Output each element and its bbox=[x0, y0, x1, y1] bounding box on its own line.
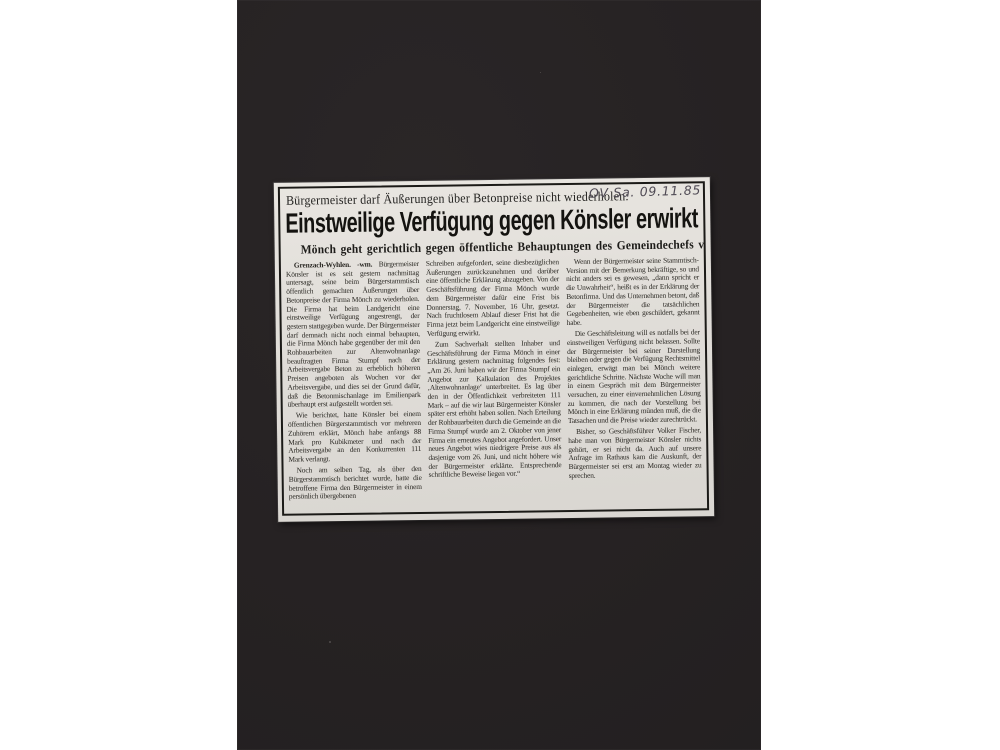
article-paragraph: Bisher, so Geschäftsführer Volker Fische… bbox=[568, 427, 702, 481]
article-column-1: Grenzach-Wyhlen. -wm. Bürgermeister Köns… bbox=[286, 260, 422, 502]
article-paragraph: Zum Sachverhalt stellten Inhaber und Ges… bbox=[427, 339, 562, 480]
article-paragraph: Grenzach-Wyhlen. -wm. Bürgermeister Köns… bbox=[286, 260, 421, 410]
article-column-2: Schreiben aufgefordert, seine diesbezügl… bbox=[426, 258, 562, 500]
dust-speck bbox=[540, 72, 541, 73]
article-paragraph: Noch am selben Tag, als über den Bürgers… bbox=[289, 465, 422, 502]
article-paragraph: Die Geschäftsleitung will es notfalls be… bbox=[567, 328, 701, 425]
headline-row: Einstweilige Verfügung gegen Könsler erw… bbox=[284, 203, 699, 239]
newspaper-clipping: Bürgermeister darf Äußerungen über Beton… bbox=[274, 177, 714, 522]
article-paragraph: Schreiben aufgefordert, seine diesbezügl… bbox=[426, 258, 560, 338]
dateline: Grenzach-Wyhlen. -wm. bbox=[294, 260, 379, 270]
article-paragraph: Wie berichtet, hatte Könsler bei einem ö… bbox=[288, 410, 422, 464]
article-paragraph: Wenn der Bürgermeister seine Stammtisch-… bbox=[566, 256, 700, 327]
dust-speck bbox=[329, 641, 331, 643]
article-column-3: Wenn der Bürgermeister seine Stammtisch-… bbox=[566, 256, 702, 498]
subhead: Mönch geht gerichtlich gegen öffentliche… bbox=[301, 237, 710, 257]
album-page: Bürgermeister darf Äußerungen über Beton… bbox=[237, 0, 761, 750]
article-border-frame: Bürgermeister darf Äußerungen über Beton… bbox=[278, 181, 709, 516]
article-columns: Grenzach-Wyhlen. -wm. Bürgermeister Köns… bbox=[285, 256, 703, 501]
headline: Einstweilige Verfügung gegen Könsler erw… bbox=[285, 203, 698, 238]
